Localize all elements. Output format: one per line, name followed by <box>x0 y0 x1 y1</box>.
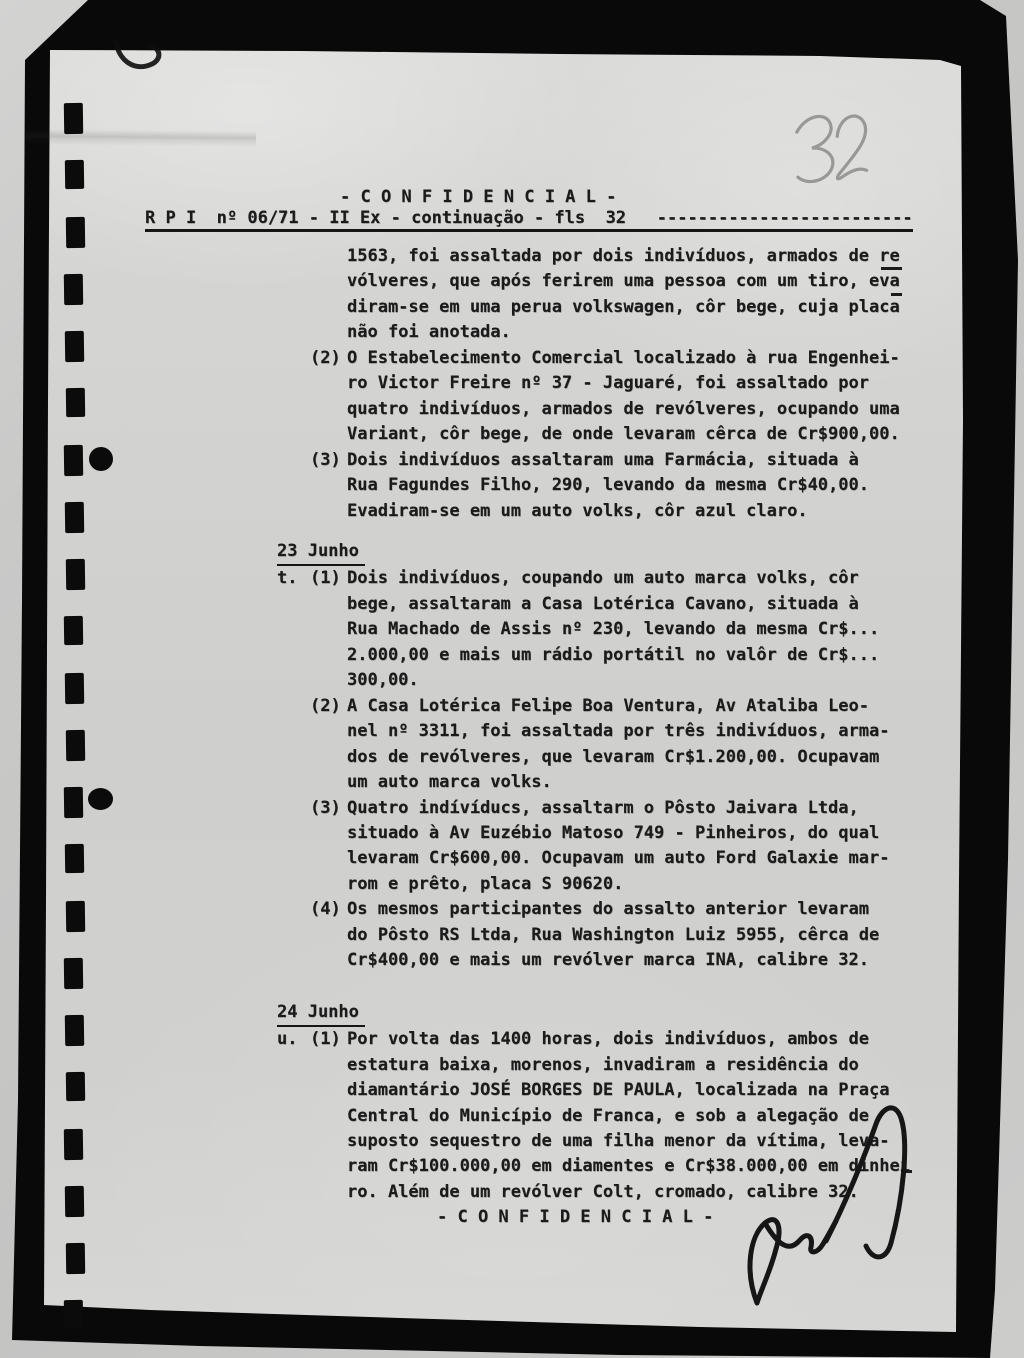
handwritten-signature <box>0 0 1024 1358</box>
scanned-document: - C O N F I D E N C I A L - R P I nº 06/… <box>0 0 1024 1358</box>
